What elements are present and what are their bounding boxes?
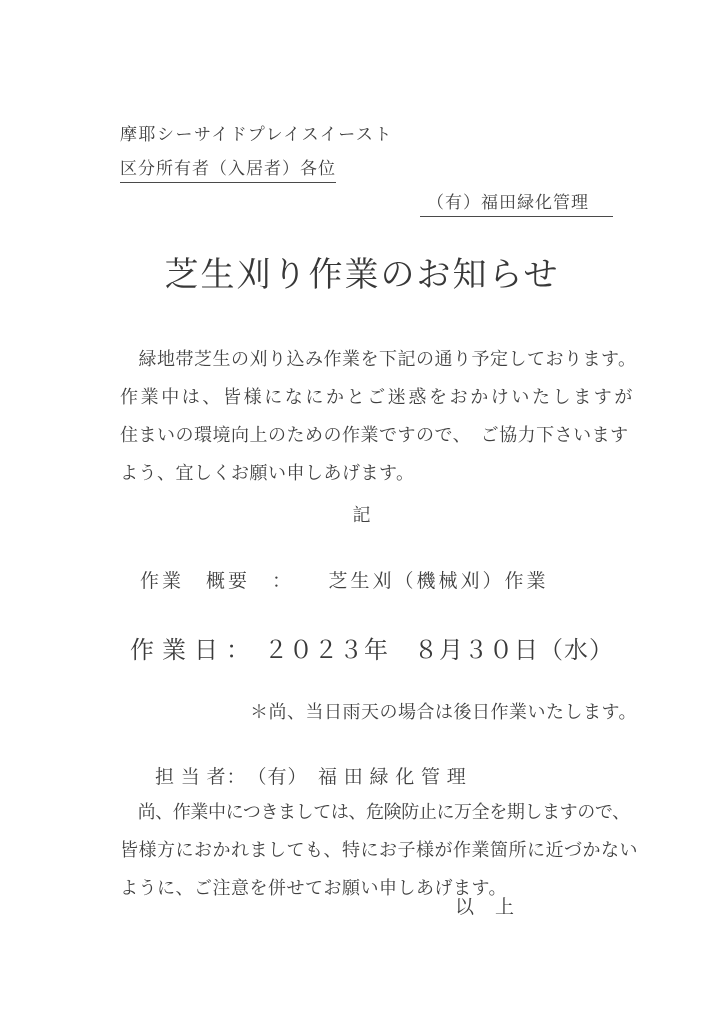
addressee-residents: 区分所有者（入居者）各位 [120, 154, 336, 183]
caution-line: 皆様方におかれましても、特にお子様が作業箇所に近づかない [120, 831, 630, 869]
notice-title: 芝生刈り作業のお知らせ [0, 247, 724, 296]
closing-word: 以 上 [455, 892, 515, 919]
intro-paragraph: 緑地帯芝生の刈り込み作業を下記の通り予定しております。 作業中は、皆様になにかと… [120, 340, 630, 492]
caution-paragraph: 尚、作業中につきましては、危険防止に万全を期しますので、 皆様方におかれましても… [120, 793, 630, 907]
intro-line: 緑地帯芝生の刈り込み作業を下記の通り予定しております。 [120, 340, 630, 378]
intro-line: よう、宜しくお願い申しあげます。 [120, 454, 630, 492]
notice-document-page: 摩耶シーサイドプレイスイースト 区分所有者（入居者）各位 （有）福田緑化管理 芝… [0, 0, 724, 1024]
work-date-line: 作 業 日 ： ２０２３年 ８月３０日（水） [130, 630, 614, 665]
work-overview-line: 作業 概要 ： 芝生刈（機械刈）作業 [140, 566, 549, 593]
rain-postponement-note: ＊尚、当日雨天の場合は後日作業いたします。 [250, 698, 637, 724]
record-marker: 記 [0, 501, 724, 527]
intro-line: 作業中は、皆様になにかとご迷惑をおかけいたしますが [120, 378, 630, 416]
caution-line: 尚、作業中につきましては、危険防止に万全を期しますので、 [120, 793, 630, 831]
intro-line: 住まいの環境向上のための作業ですので、 ご協力下さいます [120, 416, 630, 454]
sender-company: （有）福田緑化管理 [420, 188, 613, 217]
caution-line: ように、ご注意を併せてお願い申しあげます。 [120, 869, 630, 907]
addressee-building-name: 摩耶シーサイドプレイスイースト [120, 120, 393, 145]
person-in-charge-line: 担 当 者： （有） 福 田 緑 化 管 理 [155, 762, 467, 789]
